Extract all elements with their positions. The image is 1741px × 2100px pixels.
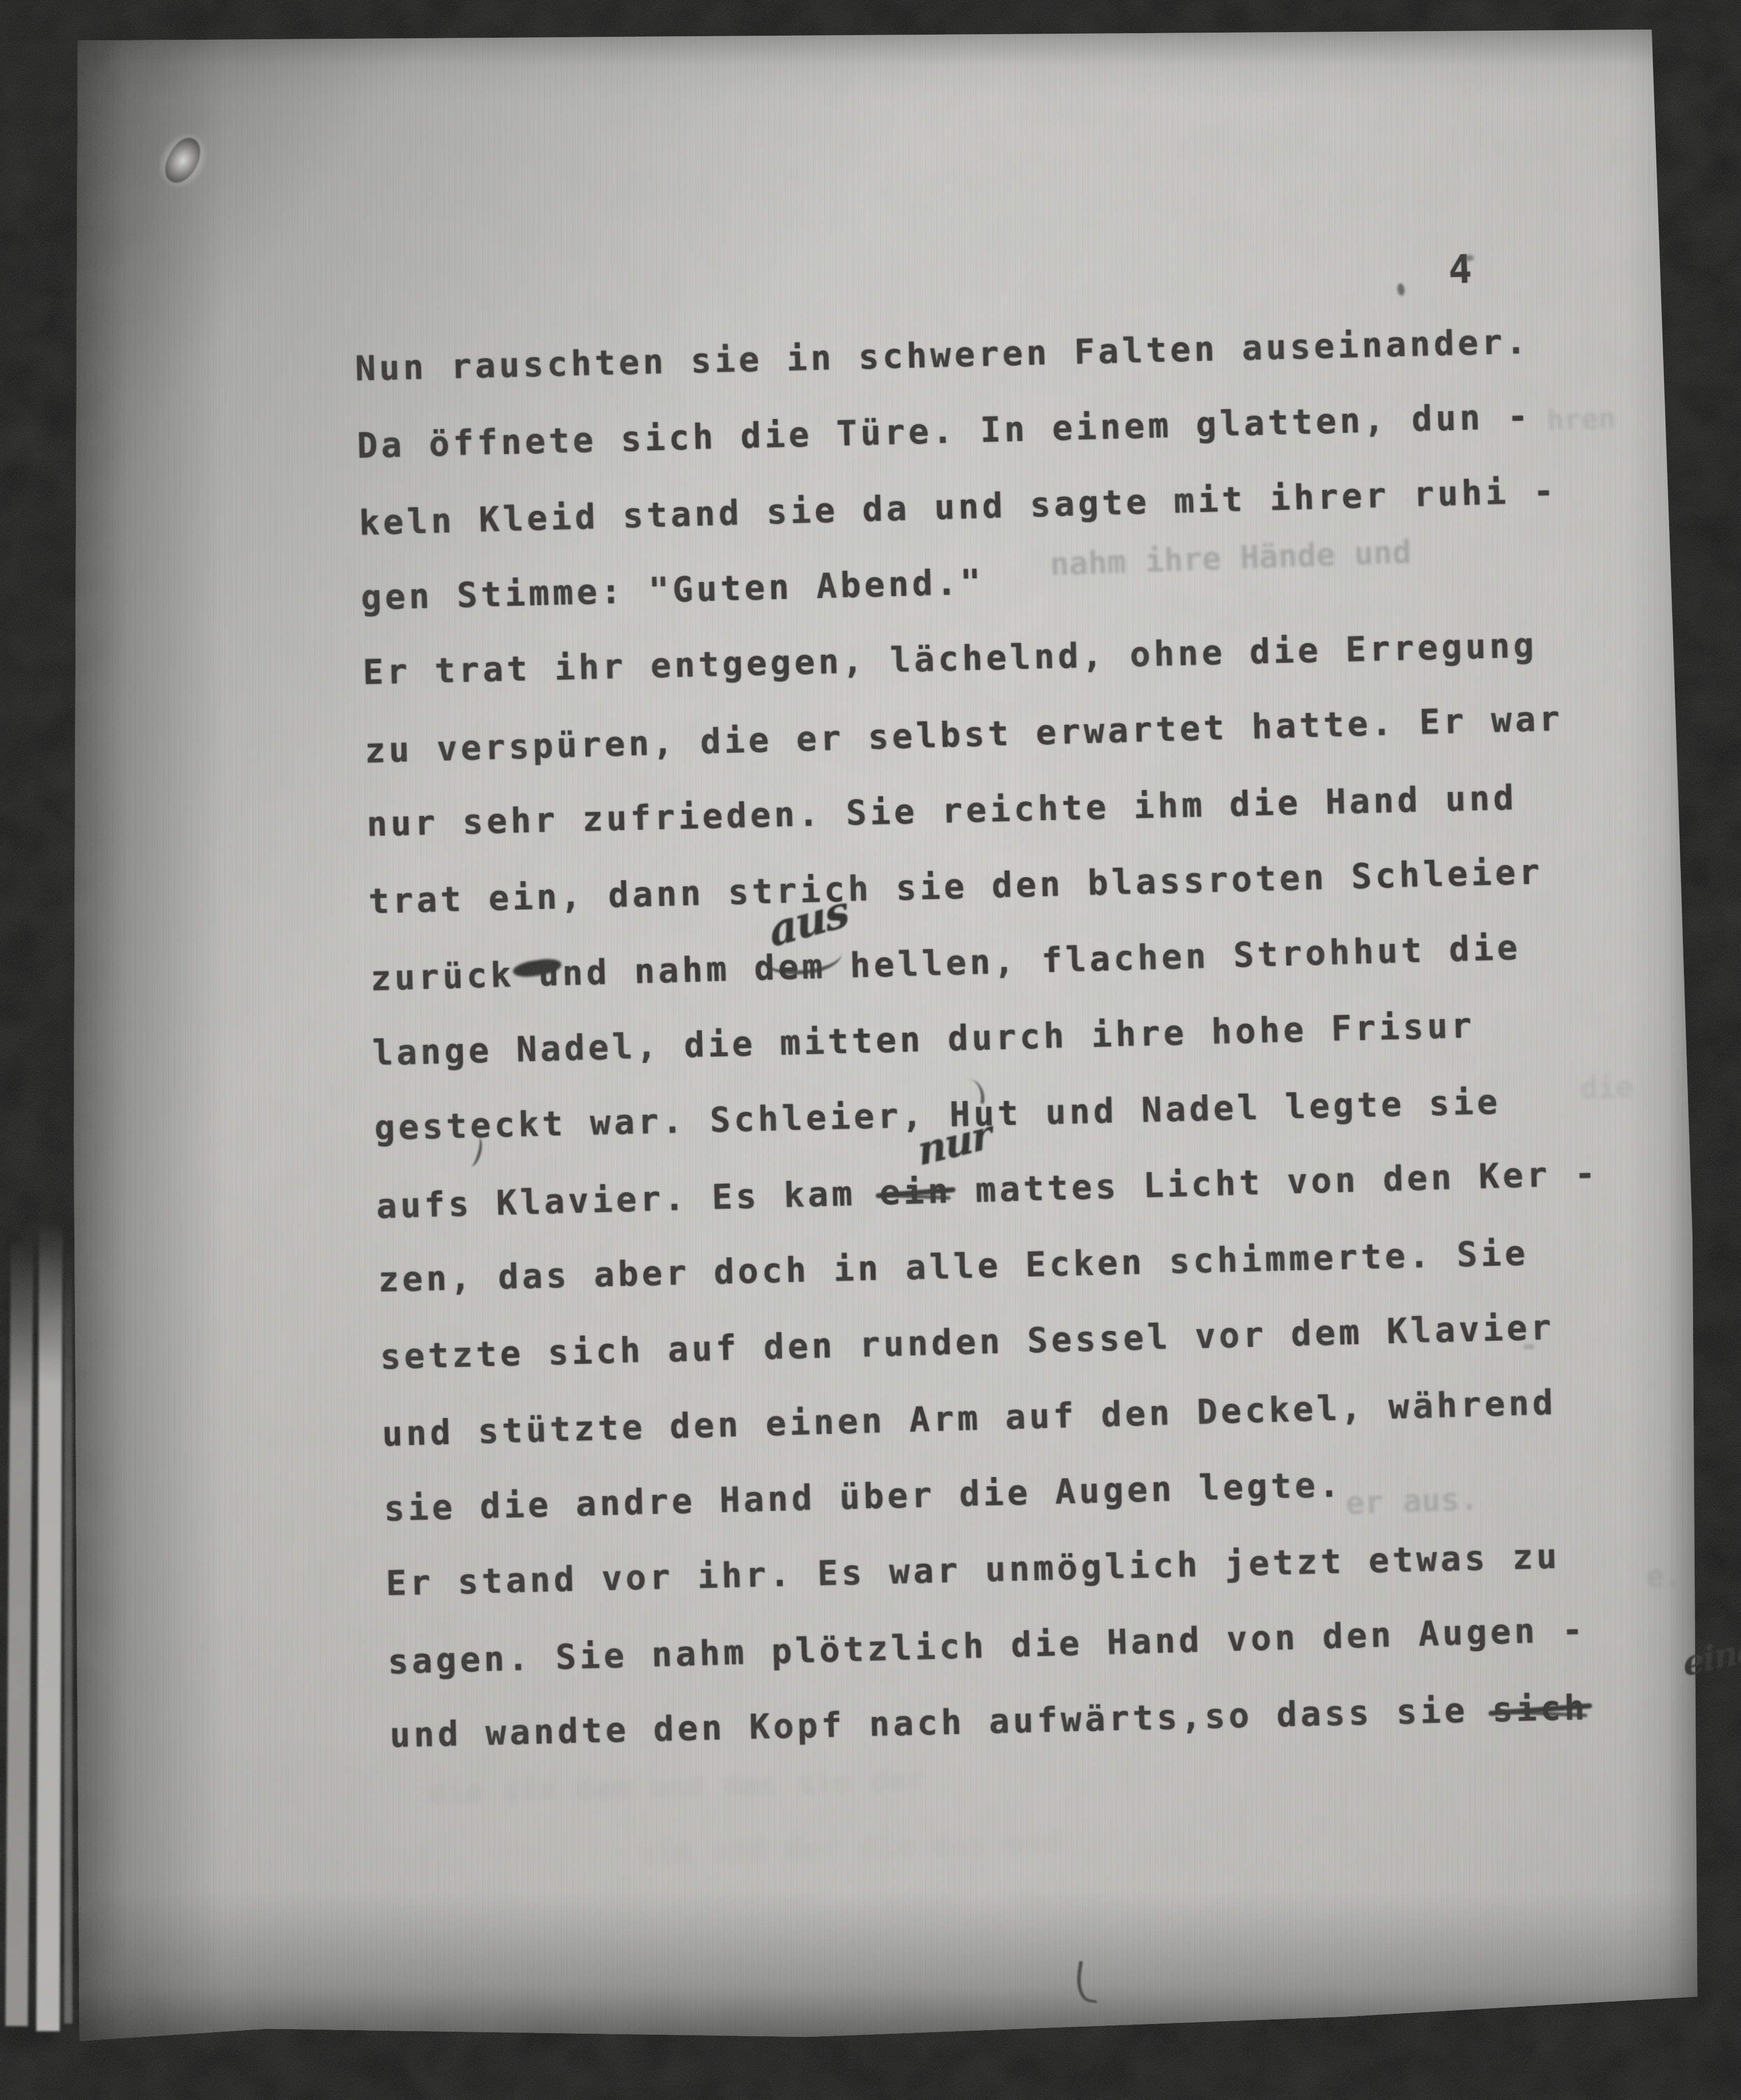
struck-word: ein (879, 1171, 952, 1213)
typed-text: trat ein, dann strich sie den blassroten… (368, 852, 1543, 921)
typed-text: lange Nadel, die mitten durch ihre hohe … (372, 1006, 1475, 1073)
typed-text: nur sehr zufrieden. Sie reichte ihm die … (366, 778, 1518, 844)
speck-mark (1464, 255, 1474, 261)
typed-text: zurück und nahm (370, 948, 754, 998)
typed-text: aufs Klavier. Es kam (376, 1173, 880, 1226)
typed-text: gen Stimme: "Guten Abend." (360, 562, 985, 618)
typed-text: sie die andre Hand über die Augen legte. (383, 1465, 1343, 1529)
typescript-lines: Nun rauschten sie in schweren Falten aus… (354, 300, 1675, 1775)
typed-text: und stützte den einen Arm auf den Deckel… (382, 1382, 1557, 1454)
typed-text: zu verspüren, die er selbst erwartet hat… (364, 698, 1564, 771)
typed-text: keln Kleid stand sie da und sagte mit ih… (358, 470, 1558, 543)
typed-text: und wandte den Kopf nach aufwärts,so das… (389, 1690, 1493, 1755)
typed-text: mattes Licht von den Ker - (951, 1153, 1599, 1211)
typed-text: Nun rauschten sie in schweren Falten aus… (355, 322, 1530, 388)
typed-text: zen, das aber doch in alle Ecken schimme… (378, 1233, 1529, 1299)
typed-text: Er stand vor ihr. Es war unmöglich jetzt… (385, 1536, 1561, 1603)
typed-text: Er trat ihr entgegen, lächelnd, ohne die… (362, 625, 1538, 692)
typed-text: dem hellen, flachen Strohhut die (753, 928, 1521, 988)
page-edge-strip (64, 1249, 72, 2024)
page-number: 4 (1447, 246, 1472, 293)
manuscript-scan: hrennahm ihre Hände unddie-er aus.e.die … (0, 0, 1741, 2100)
typed-text: sagen. Sie nahm plötzlich die Hand von d… (387, 1610, 1587, 1682)
page-edge-strip (6, 1239, 34, 2026)
page-edge-strip (36, 1223, 63, 2031)
typed-text: setzte sich auf den runden Sessel vor de… (380, 1307, 1555, 1377)
typed-text: Da öffnete sich die Türe. In einem glatt… (357, 397, 1532, 466)
struck-word: sich (1492, 1688, 1589, 1729)
hole-mark (158, 133, 207, 189)
